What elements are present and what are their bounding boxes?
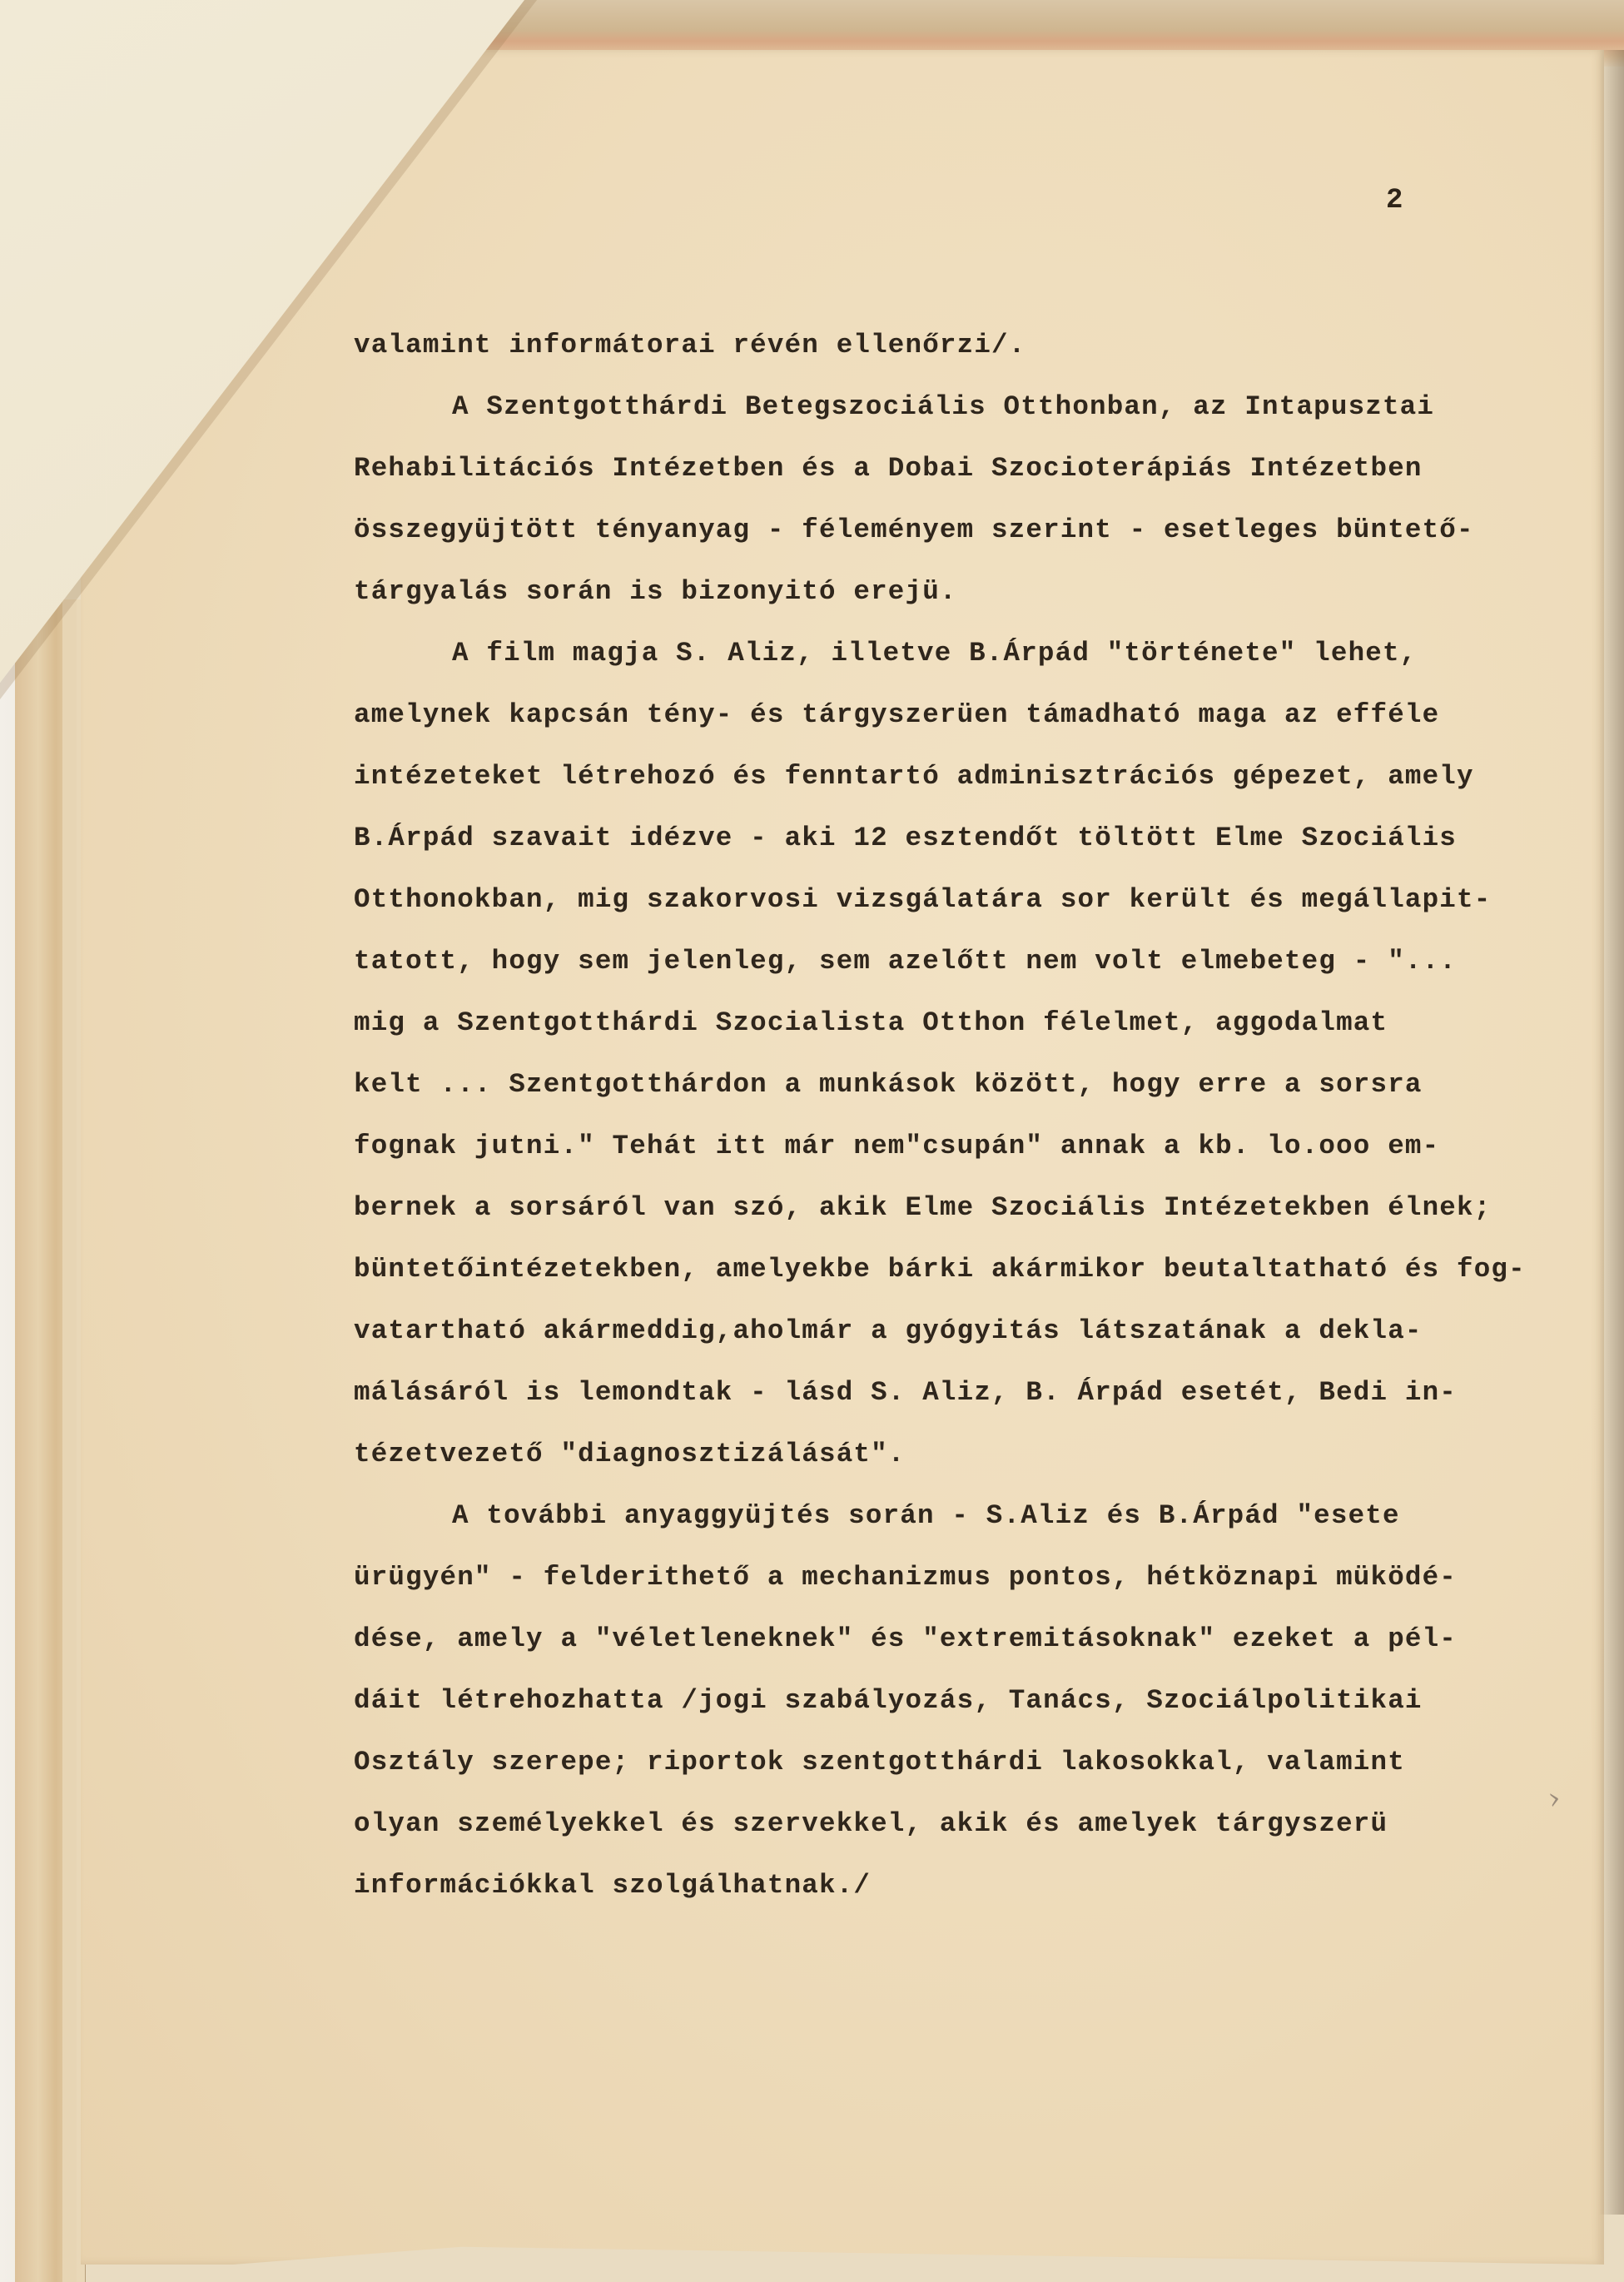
text-line: ürügyén" - felderithető a mechanizmus po…: [354, 1547, 1619, 1608]
paragraph: A film magja S. Aliz, illetve B.Árpád "t…: [354, 623, 1619, 1485]
text-line: mig a Szentgotthárdi Szocialista Otthon …: [354, 992, 1619, 1054]
text-line: B.Árpád szavait idézve - aki 12 esztendő…: [354, 808, 1619, 869]
text-line: intézeteket létrehozó és fenntartó admin…: [354, 746, 1619, 808]
text-line: Rehabilitációs Intézetben és a Dobai Szo…: [354, 438, 1619, 500]
paragraph: valamint informátorai révén ellenőrzi/.: [354, 315, 1619, 376]
text-line: tézetvezető "diagnosztizálását".: [354, 1424, 1619, 1485]
text-line: A film magja S. Aliz, illetve B.Árpád "t…: [354, 623, 1619, 684]
text-line: bernek a sorsáról van szó, akik Elme Szo…: [354, 1177, 1619, 1239]
text-line: büntetőintézetekben, amelyekbe bárki aká…: [354, 1239, 1619, 1300]
text-line: tatott, hogy sem jelenleg, sem azelőtt n…: [354, 931, 1619, 992]
text-line: Otthonokban, mig szakorvosi vizsgálatára…: [354, 869, 1619, 931]
text-line: olyan személyekkel és szervekkel, akik é…: [354, 1793, 1619, 1855]
text-line: kelt ... Szentgotthárdon a munkások közö…: [354, 1054, 1619, 1116]
paragraph: A további anyaggyüjtés során - S.Aliz és…: [354, 1485, 1619, 1917]
text-line: fognak jutni." Tehát itt már nem"csupán"…: [354, 1116, 1619, 1177]
text-line: vatartható akármeddig,aholmár a gyógyitá…: [354, 1300, 1619, 1362]
text-line: amelynek kapcsán tény- és tárgyszerüen t…: [354, 684, 1619, 746]
text-line: Osztály szerepe; riportok szentgotthárdi…: [354, 1732, 1619, 1793]
text-line: A Szentgotthárdi Betegszociális Otthonba…: [354, 376, 1619, 438]
text-line: dáit létrehozhatta /jogi szabályozás, Ta…: [354, 1670, 1619, 1732]
text-line: tárgyalás során is bizonyitó erejü.: [354, 561, 1619, 623]
text-line: valamint informátorai révén ellenőrzi/.: [354, 315, 1619, 376]
text-line: dése, amely a "véletleneknek" és "extrem…: [354, 1608, 1619, 1670]
text-line: A további anyaggyüjtés során - S.Aliz és…: [354, 1485, 1619, 1547]
text-line: összegyüjtött tényanyag - féleményem sze…: [354, 500, 1619, 561]
document-body: valamint informátorai révén ellenőrzi/. …: [354, 315, 1619, 1917]
text-line: információkkal szolgálhatnak./: [354, 1855, 1619, 1917]
paragraph: A Szentgotthárdi Betegszociális Otthonba…: [354, 376, 1619, 623]
text-line: málásáról is lemondtak - lásd S. Aliz, B…: [354, 1362, 1619, 1424]
page-number: 2: [1386, 185, 1403, 216]
